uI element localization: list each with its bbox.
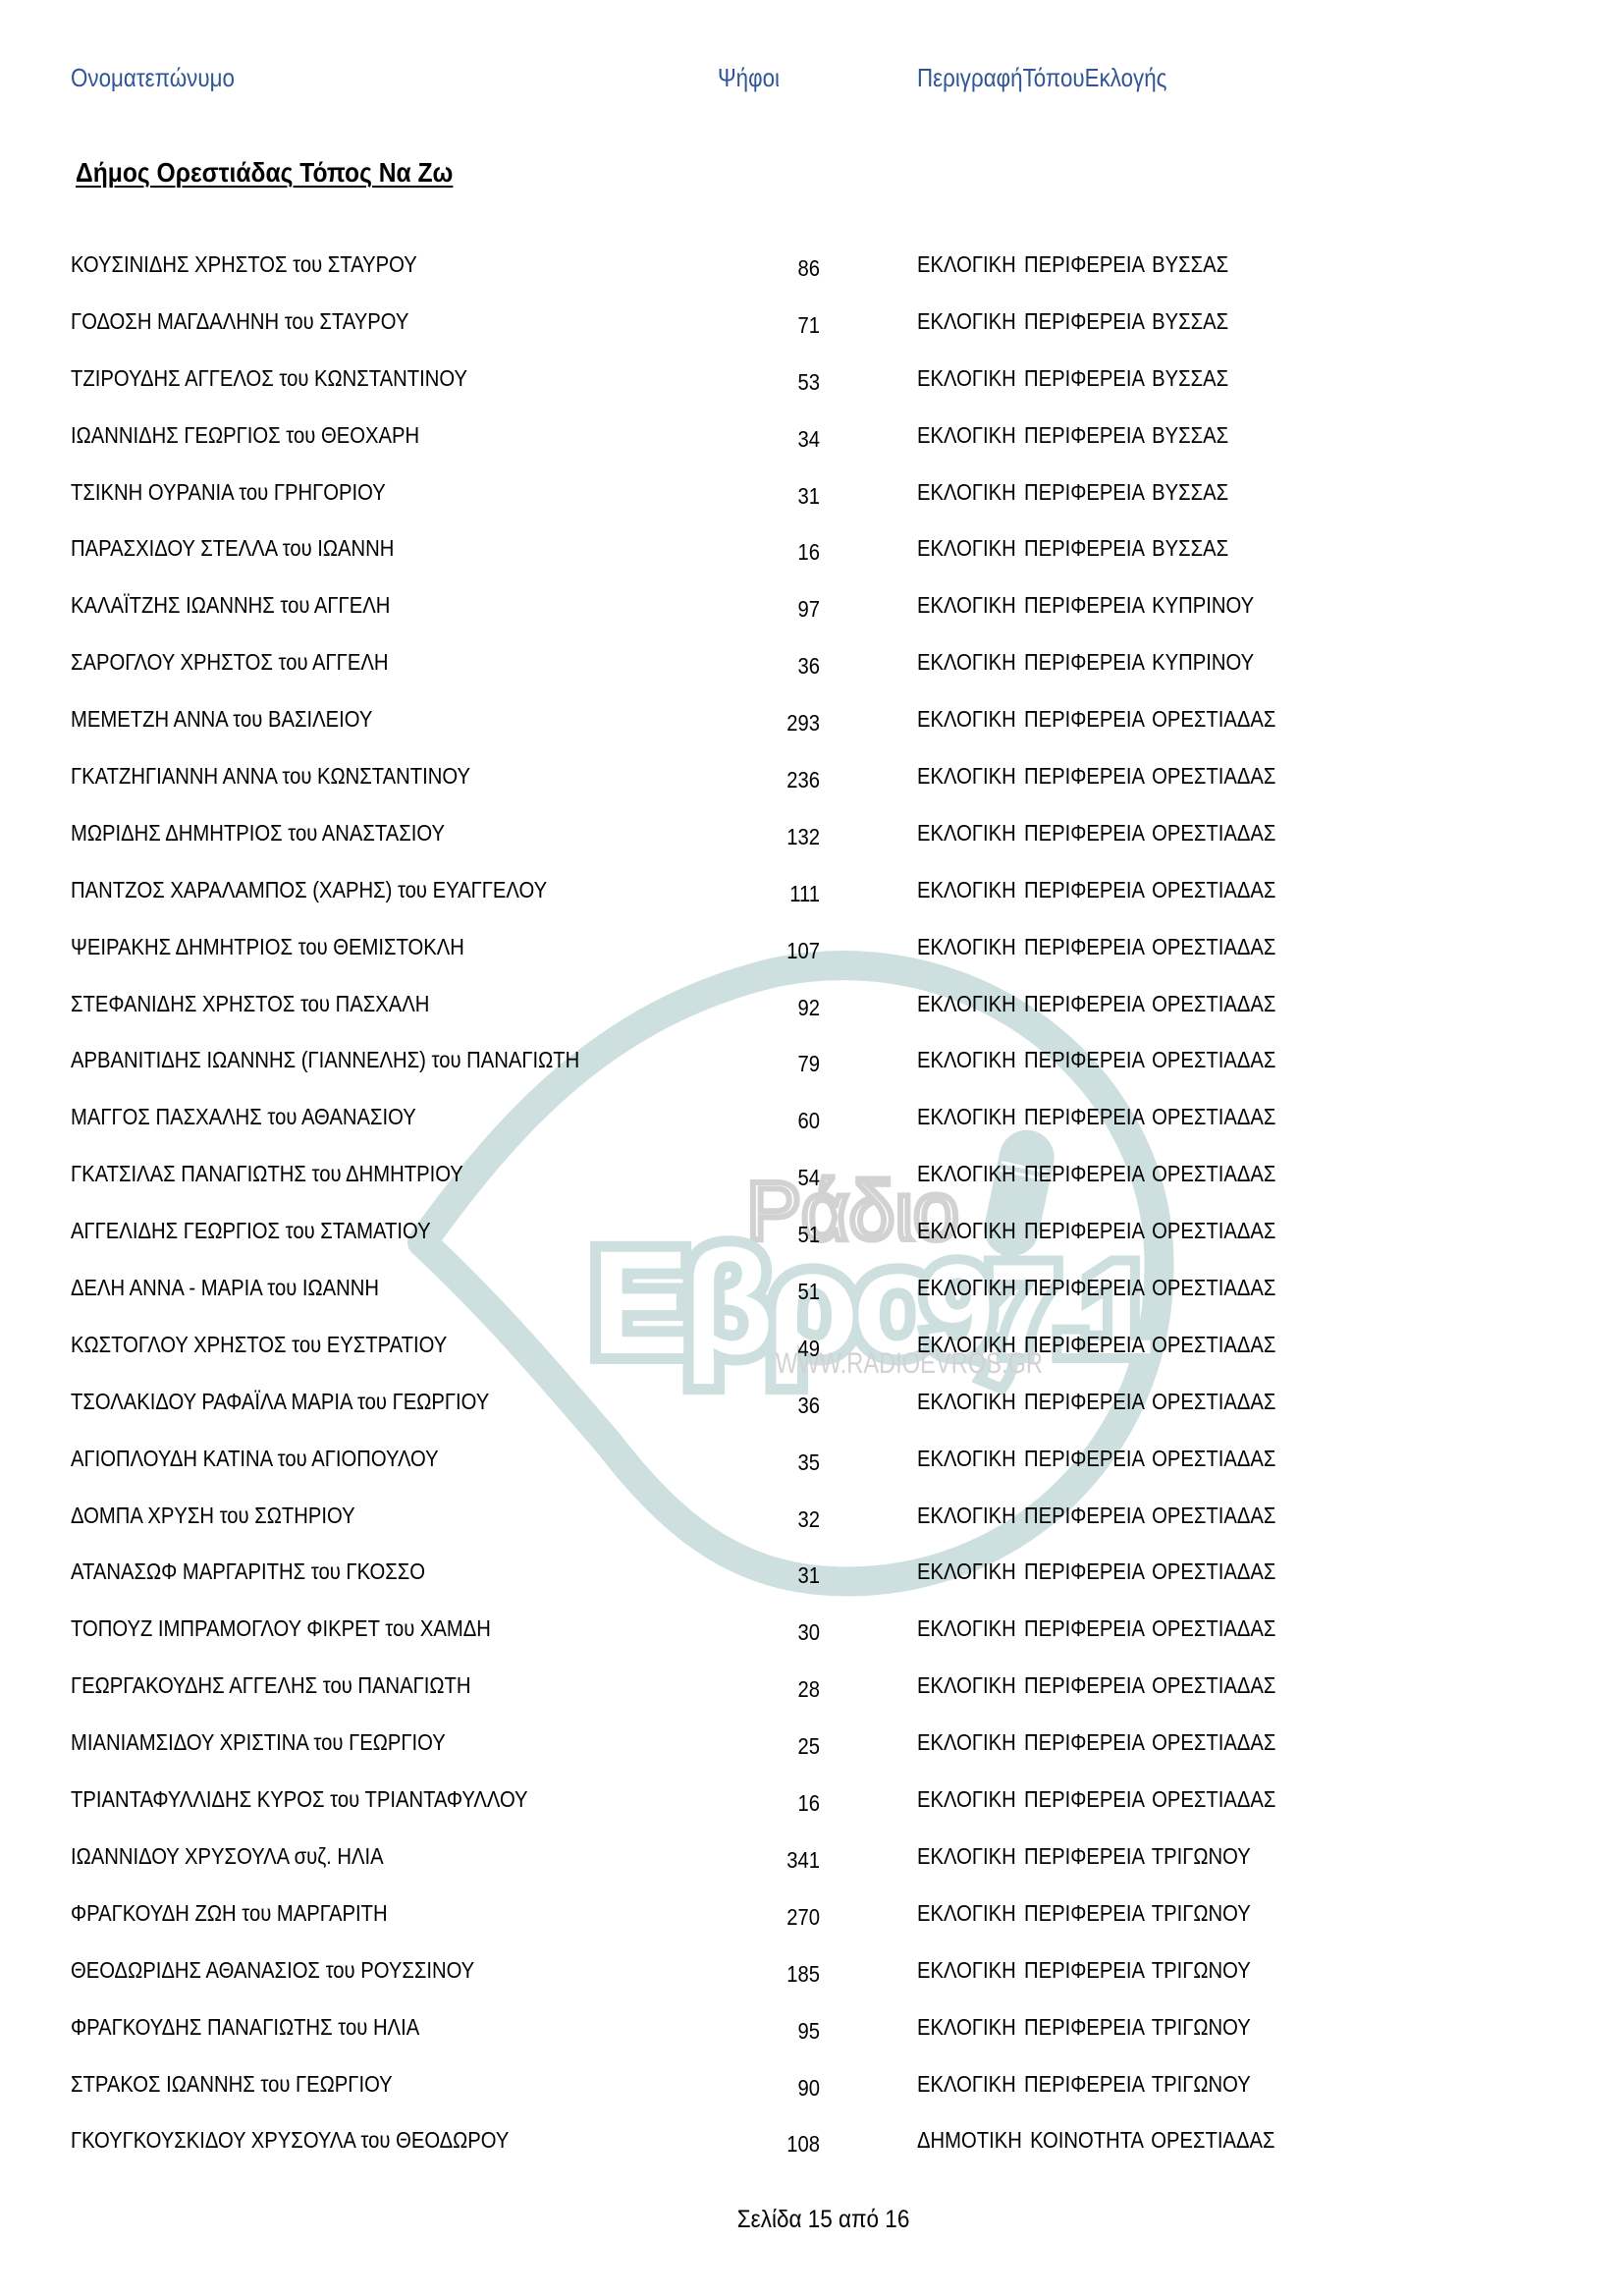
electoral-district: ΕΚΛΟΓΙΚΗ ΠΕΡΙΦΕΡΕΙΑ ΟΡΕΣΤΙΑΔΑΣ bbox=[917, 1501, 1275, 1530]
electoral-district: ΔΗΜΟΤΙΚΗ ΚΟΙΝΟΤΗΤΑ ΟΡΕΣΤΙΑΔΑΣ bbox=[917, 2125, 1274, 2155]
electoral-district: ΕΚΛΟΓΙΚΗ ΠΕΡΙΦΕΡΕΙΑ ΤΡΙΓΩΝΟΥ bbox=[917, 1841, 1251, 1871]
vote-count: 97 bbox=[703, 594, 820, 624]
candidate-name: ΤΡΙΑΝΤΑΦΥΛΛΙΔΗΣ ΚΥΡΟΣ του ΤΡΙΑΝΤΑΦΥΛΛΟΥ bbox=[71, 1784, 528, 1814]
table-row: ΑΤΑΝΑΣΩΦ ΜΑΡΓΑΡΙΤΗΣ του ΓΚΟΣΣΟ31ΕΚΛΟΓΙΚΗ… bbox=[0, 1557, 1624, 1613]
vote-count: 95 bbox=[703, 2016, 820, 2046]
candidate-name: ΤΣΙΚΝΗ ΟΥΡΑΝΙΑ του ΓΡΗΓΟΡΙΟΥ bbox=[71, 477, 386, 507]
electoral-district: ΕΚΛΟΓΙΚΗ ΠΕΡΙΦΕΡΕΙΑ ΟΡΕΣΤΙΑΔΑΣ bbox=[917, 1727, 1275, 1757]
results-table: ΚΟΥΣΙΝΙΔΗΣ ΧΡΗΣΤΟΣ του ΣΤΑΥΡΟΥ86ΕΚΛΟΓΙΚΗ… bbox=[0, 249, 1624, 2182]
electoral-district: ΕΚΛΟΓΙΚΗ ΠΕΡΙΦΕΡΕΙΑ ΤΡΙΓΩΝΟΥ bbox=[917, 2012, 1251, 2042]
table-row: ΓΕΩΡΓΑΚΟΥΔΗΣ ΑΓΓΕΛΗΣ του ΠΑΝΑΓΙΩΤΗ28ΕΚΛΟ… bbox=[0, 1670, 1624, 1727]
vote-count: 92 bbox=[703, 993, 820, 1022]
candidate-name: ΙΩΑΝΝΙΔΟΥ ΧΡΥΣΟΥΛΑ συζ. ΗΛΙΑ bbox=[71, 1841, 384, 1871]
candidate-name: ΚΑΛΑΪΤΖΗΣ ΙΩΑΝΝΗΣ του ΑΓΓΕΛΗ bbox=[71, 590, 390, 620]
table-row: ΚΩΣΤΟΓΛΟΥ ΧΡΗΣΤΟΣ του ΕΥΣΤΡΑΤΙΟΥ49ΕΚΛΟΓΙ… bbox=[0, 1330, 1624, 1387]
vote-count: 34 bbox=[703, 424, 820, 454]
table-row: ΑΓΙΟΠΛΟΥΔΗ ΚΑΤΙΝΑ του ΑΓΙΟΠΟΥΛΟΥ35ΕΚΛΟΓΙ… bbox=[0, 1444, 1624, 1501]
vote-count: 32 bbox=[703, 1504, 820, 1534]
electoral-district: ΕΚΛΟΓΙΚΗ ΠΕΡΙΦΕΡΕΙΑ ΟΡΕΣΤΙΑΔΑΣ bbox=[917, 1159, 1275, 1188]
table-row: ΜΑΓΓΟΣ ΠΑΣΧΑΛΗΣ του ΑΘΑΝΑΣΙΟΥ60ΕΚΛΟΓΙΚΗ … bbox=[0, 1102, 1624, 1159]
vote-count: 86 bbox=[703, 253, 820, 283]
vote-count: 341 bbox=[703, 1845, 820, 1875]
candidate-name: ΤΖΙΡΟΥΔΗΣ ΑΓΓΕΛΟΣ του ΚΩΝΣΤΑΝΤΙΝΟΥ bbox=[71, 363, 467, 393]
electoral-district: ΕΚΛΟΓΙΚΗ ΠΕΡΙΦΕΡΕΙΑ ΤΡΙΓΩΝΟΥ bbox=[917, 2069, 1251, 2099]
vote-count: 51 bbox=[703, 1220, 820, 1249]
table-row: ΤΡΙΑΝΤΑΦΥΛΛΙΔΗΣ ΚΥΡΟΣ του ΤΡΙΑΝΤΑΦΥΛΛΟΥ1… bbox=[0, 1784, 1624, 1841]
electoral-district: ΕΚΛΟΓΙΚΗ ΠΕΡΙΦΕΡΕΙΑ ΤΡΙΓΩΝΟΥ bbox=[917, 1898, 1251, 1928]
electoral-district: ΕΚΛΟΓΙΚΗ ΠΕΡΙΦΕΡΕΙΑ ΟΡΕΣΤΙΑΔΑΣ bbox=[917, 1444, 1275, 1473]
electoral-district: ΕΚΛΟΓΙΚΗ ΠΕΡΙΦΕΡΕΙΑ ΟΡΕΣΤΙΑΔΑΣ bbox=[917, 1613, 1275, 1643]
candidate-name: ΠΑΝΤΖΟΣ ΧΑΡΑΛΑΜΠΟΣ (ΧΑΡΗΣ) του ΕΥΑΓΓΕΛΟΥ bbox=[71, 875, 547, 904]
candidate-name: ΑΡΒΑΝΙΤΙΔΗΣ ΙΩΑΝΝΗΣ (ΓΙΑΝΝΕΛΗΣ) του ΠΑΝΑ… bbox=[71, 1045, 579, 1074]
section-title: Δήμος Ορεστιάδας Τόπος Να Ζω bbox=[76, 157, 453, 189]
vote-count: 60 bbox=[703, 1106, 820, 1135]
candidate-name: ΑΓΓΕΛΙΔΗΣ ΓΕΩΡΓΙΟΣ του ΣΤΑΜΑΤΙΟΥ bbox=[71, 1216, 431, 1245]
page-footer: Σελίδα 15 από 16 bbox=[0, 2206, 1624, 2234]
table-row: ΜΕΜΕΤΖΗ ΑΝΝΑ του ΒΑΣΙΛΕΙΟΥ293ΕΚΛΟΓΙΚΗ ΠΕ… bbox=[0, 704, 1624, 761]
table-row: ΤΣΙΚΝΗ ΟΥΡΑΝΙΑ του ΓΡΗΓΟΡΙΟΥ31ΕΚΛΟΓΙΚΗ Π… bbox=[0, 477, 1624, 534]
candidate-name: ΤΣΟΛΑΚΙΔΟΥ ΡΑΦΑΪΛΑ ΜΑΡΙΑ του ΓΕΩΡΓΙΟΥ bbox=[71, 1387, 489, 1416]
vote-count: 79 bbox=[703, 1049, 820, 1078]
candidate-name: ΚΩΣΤΟΓΛΟΥ ΧΡΗΣΤΟΣ του ΕΥΣΤΡΑΤΙΟΥ bbox=[71, 1330, 447, 1359]
table-row: ΓΚΑΤΖΗΓΙΑΝΝΗ ΑΝΝΑ του ΚΩΝΣΤΑΝΤΙΝΟΥ236ΕΚΛ… bbox=[0, 761, 1624, 818]
vote-count: 270 bbox=[703, 1902, 820, 1932]
electoral-district: ΕΚΛΟΓΙΚΗ ΠΕΡΙΦΕΡΕΙΑ ΒΥΣΣΑΣ bbox=[917, 477, 1228, 507]
table-row: ΠΑΝΤΖΟΣ ΧΑΡΑΛΑΜΠΟΣ (ΧΑΡΗΣ) του ΕΥΑΓΓΕΛΟΥ… bbox=[0, 875, 1624, 932]
electoral-district: ΕΚΛΟΓΙΚΗ ΠΕΡΙΦΕΡΕΙΑ ΟΡΕΣΤΙΑΔΑΣ bbox=[917, 875, 1275, 904]
candidate-name: ΔΟΜΠΑ ΧΡΥΣΗ του ΣΩΤΗΡΙΟΥ bbox=[71, 1501, 355, 1530]
candidate-name: ΓΟΔΟΣΗ ΜΑΓΔΑΛΗΝΗ του ΣΤΑΥΡΟΥ bbox=[71, 306, 408, 336]
candidate-name: ΣΑΡΟΓΛΟΥ ΧΡΗΣΤΟΣ του ΑΓΓΕΛΗ bbox=[71, 647, 388, 677]
electoral-district: ΕΚΛΟΓΙΚΗ ΠΕΡΙΦΕΡΕΙΑ ΟΡΕΣΤΙΑΔΑΣ bbox=[917, 1102, 1275, 1131]
electoral-district: ΕΚΛΟΓΙΚΗ ΠΕΡΙΦΕΡΕΙΑ ΟΡΕΣΤΙΑΔΑΣ bbox=[917, 1387, 1275, 1416]
candidate-name: ΑΓΙΟΠΛΟΥΔΗ ΚΑΤΙΝΑ του ΑΓΙΟΠΟΥΛΟΥ bbox=[71, 1444, 439, 1473]
candidate-name: ΜΙΑΝΙΑΜΣΙΔΟΥ ΧΡΙΣΤΙΝΑ του ΓΕΩΡΓΙΟΥ bbox=[71, 1727, 446, 1757]
vote-count: 132 bbox=[703, 822, 820, 851]
vote-count: 111 bbox=[703, 879, 820, 908]
candidate-name: ΜΩΡΙΔΗΣ ΔΗΜΗΤΡΙΟΣ του ΑΝΑΣΤΑΣΙΟΥ bbox=[71, 818, 445, 847]
electoral-district: ΕΚΛΟΓΙΚΗ ΠΕΡΙΦΕΡΕΙΑ ΟΡΕΣΤΙΑΔΑΣ bbox=[917, 1557, 1275, 1586]
candidate-name: ΣΤΡΑΚΟΣ ΙΩΑΝΝΗΣ του ΓΕΩΡΓΙΟΥ bbox=[71, 2069, 393, 2099]
electoral-district: ΕΚΛΟΓΙΚΗ ΠΕΡΙΦΕΡΕΙΑ ΟΡΕΣΤΙΑΔΑΣ bbox=[917, 1216, 1275, 1245]
electoral-district: ΕΚΛΟΓΙΚΗ ΠΕΡΙΦΕΡΕΙΑ ΟΡΕΣΤΙΑΔΑΣ bbox=[917, 818, 1275, 847]
vote-count: 16 bbox=[703, 537, 820, 567]
vote-count: 31 bbox=[703, 1560, 820, 1590]
electoral-district: ΕΚΛΟΓΙΚΗ ΠΕΡΙΦΕΡΕΙΑ ΚΥΠΡΙΝΟΥ bbox=[917, 590, 1254, 620]
candidate-name: ΜΕΜΕΤΖΗ ΑΝΝΑ του ΒΑΣΙΛΕΙΟΥ bbox=[71, 704, 372, 734]
table-row: ΣΤΕΦΑΝΙΔΗΣ ΧΡΗΣΤΟΣ του ΠΑΣΧΑΛΗ92ΕΚΛΟΓΙΚΗ… bbox=[0, 989, 1624, 1046]
table-row: ΣΤΡΑΚΟΣ ΙΩΑΝΝΗΣ του ΓΕΩΡΓΙΟΥ90ΕΚΛΟΓΙΚΗ Π… bbox=[0, 2069, 1624, 2126]
candidate-name: ΘΕΟΔΩΡΙΔΗΣ ΑΘΑΝΑΣΙΟΣ του ΡΟΥΣΣΙΝΟΥ bbox=[71, 1955, 474, 1985]
table-row: ΣΑΡΟΓΛΟΥ ΧΡΗΣΤΟΣ του ΑΓΓΕΛΗ36ΕΚΛΟΓΙΚΗ ΠΕ… bbox=[0, 647, 1624, 704]
table-row: ΠΑΡΑΣΧΙΔΟΥ ΣΤΕΛΛΑ του ΙΩΑΝΝΗ16ΕΚΛΟΓΙΚΗ Π… bbox=[0, 533, 1624, 590]
electoral-district: ΕΚΛΟΓΙΚΗ ΠΕΡΙΦΕΡΕΙΑ ΒΥΣΣΑΣ bbox=[917, 249, 1228, 279]
table-row: ΚΑΛΑΪΤΖΗΣ ΙΩΑΝΝΗΣ του ΑΓΓΕΛΗ97ΕΚΛΟΓΙΚΗ Π… bbox=[0, 590, 1624, 647]
table-row: ΙΩΑΝΝΙΔΗΣ ΓΕΩΡΓΙΟΣ του ΘΕΟΧΑΡΗ34ΕΚΛΟΓΙΚΗ… bbox=[0, 420, 1624, 477]
document-page: Ράδιο Εβρος 97.1 WWW.RADIOEVROS.GR Ονομα… bbox=[0, 0, 1624, 2296]
electoral-district: ΕΚΛΟΓΙΚΗ ΠΕΡΙΦΕΡΕΙΑ ΟΡΕΣΤΙΑΔΑΣ bbox=[917, 704, 1275, 734]
table-row: ΓΟΔΟΣΗ ΜΑΓΔΑΛΗΝΗ του ΣΤΑΥΡΟΥ71ΕΚΛΟΓΙΚΗ Π… bbox=[0, 306, 1624, 363]
vote-count: 28 bbox=[703, 1674, 820, 1704]
candidate-name: ΦΡΑΓΚΟΥΔΗ ΖΩΗ του ΜΑΡΓΑΡΙΤΗ bbox=[71, 1898, 388, 1928]
table-row: ΘΕΟΔΩΡΙΔΗΣ ΑΘΑΝΑΣΙΟΣ του ΡΟΥΣΣΙΝΟΥ185ΕΚΛ… bbox=[0, 1955, 1624, 2012]
electoral-district: ΕΚΛΟΓΙΚΗ ΠΕΡΙΦΕΡΕΙΑ ΟΡΕΣΤΙΑΔΑΣ bbox=[917, 761, 1275, 791]
candidate-name: ΙΩΑΝΝΙΔΗΣ ΓΕΩΡΓΙΟΣ του ΘΕΟΧΑΡΗ bbox=[71, 420, 419, 450]
vote-count: 185 bbox=[703, 1959, 820, 1989]
candidate-name: ΦΡΑΓΚΟΥΔΗΣ ΠΑΝΑΓΙΩΤΗΣ του ΗΛΙΑ bbox=[71, 2012, 419, 2042]
electoral-district: ΕΚΛΟΓΙΚΗ ΠΕΡΙΦΕΡΕΙΑ ΟΡΕΣΤΙΑΔΑΣ bbox=[917, 1670, 1275, 1700]
page-number: Σελίδα 15 από 16 bbox=[737, 2206, 910, 2234]
column-header-name: Ονοματεπώνυμο bbox=[71, 63, 235, 93]
table-row: ΙΩΑΝΝΙΔΟΥ ΧΡΥΣΟΥΛΑ συζ. ΗΛΙΑ341ΕΚΛΟΓΙΚΗ … bbox=[0, 1841, 1624, 1898]
electoral-district: ΕΚΛΟΓΙΚΗ ΠΕΡΙΦΕΡΕΙΑ ΟΡΕΣΤΙΑΔΑΣ bbox=[917, 1273, 1275, 1302]
vote-count: 49 bbox=[703, 1334, 820, 1363]
electoral-district: ΕΚΛΟΓΙΚΗ ΠΕΡΙΦΕΡΕΙΑ ΟΡΕΣΤΙΑΔΑΣ bbox=[917, 1045, 1275, 1074]
electoral-district: ΕΚΛΟΓΙΚΗ ΠΕΡΙΦΕΡΕΙΑ ΒΥΣΣΑΣ bbox=[917, 363, 1228, 393]
table-row: ΦΡΑΓΚΟΥΔΗΣ ΠΑΝΑΓΙΩΤΗΣ του ΗΛΙΑ95ΕΚΛΟΓΙΚΗ… bbox=[0, 2012, 1624, 2069]
candidate-name: ΓΚΑΤΣΙΛΑΣ ΠΑΝΑΓΙΩΤΗΣ του ΔΗΜΗΤΡΙΟΥ bbox=[71, 1159, 463, 1188]
vote-count: 293 bbox=[703, 708, 820, 738]
vote-count: 30 bbox=[703, 1617, 820, 1647]
electoral-district: ΕΚΛΟΓΙΚΗ ΠΕΡΙΦΕΡΕΙΑ ΟΡΕΣΤΙΑΔΑΣ bbox=[917, 1330, 1275, 1359]
vote-count: 36 bbox=[703, 651, 820, 681]
table-row: ΨΕΙΡΑΚΗΣ ΔΗΜΗΤΡΙΟΣ του ΘΕΜΙΣΤΟΚΛΗ107ΕΚΛΟ… bbox=[0, 932, 1624, 989]
table-row: ΑΓΓΕΛΙΔΗΣ ΓΕΩΡΓΙΟΣ του ΣΤΑΜΑΤΙΟΥ51ΕΚΛΟΓΙ… bbox=[0, 1216, 1624, 1273]
table-row: ΜΙΑΝΙΑΜΣΙΔΟΥ ΧΡΙΣΤΙΝΑ του ΓΕΩΡΓΙΟΥ25ΕΚΛΟ… bbox=[0, 1727, 1624, 1784]
column-header-place: ΠεριγραφήΤόπουΕκλογής bbox=[917, 63, 1166, 93]
candidate-name: ΤΟΠΟΥΖ ΙΜΠΡΑΜΟΓΛΟΥ ΦΙΚΡΕΤ του ΧΑΜΔΗ bbox=[71, 1613, 491, 1643]
electoral-district: ΕΚΛΟΓΙΚΗ ΠΕΡΙΦΕΡΕΙΑ ΟΡΕΣΤΙΑΔΑΣ bbox=[917, 989, 1275, 1018]
candidate-name: ΨΕΙΡΑΚΗΣ ΔΗΜΗΤΡΙΟΣ του ΘΕΜΙΣΤΟΚΛΗ bbox=[71, 932, 464, 961]
candidate-name: ΚΟΥΣΙΝΙΔΗΣ ΧΡΗΣΤΟΣ του ΣΤΑΥΡΟΥ bbox=[71, 249, 417, 279]
candidate-name: ΣΤΕΦΑΝΙΔΗΣ ΧΡΗΣΤΟΣ του ΠΑΣΧΑΛΗ bbox=[71, 989, 429, 1018]
table-row: ΔΟΜΠΑ ΧΡΥΣΗ του ΣΩΤΗΡΙΟΥ32ΕΚΛΟΓΙΚΗ ΠΕΡΙΦ… bbox=[0, 1501, 1624, 1558]
candidate-name: ΓΚΑΤΖΗΓΙΑΝΝΗ ΑΝΝΑ του ΚΩΝΣΤΑΝΤΙΝΟΥ bbox=[71, 761, 470, 791]
candidate-name: ΠΑΡΑΣΧΙΔΟΥ ΣΤΕΛΛΑ του ΙΩΑΝΝΗ bbox=[71, 533, 394, 563]
vote-count: 90 bbox=[703, 2073, 820, 2103]
candidate-name: ΓΕΩΡΓΑΚΟΥΔΗΣ ΑΓΓΕΛΗΣ του ΠΑΝΑΓΙΩΤΗ bbox=[71, 1670, 471, 1700]
vote-count: 31 bbox=[703, 481, 820, 511]
table-row: ΚΟΥΣΙΝΙΔΗΣ ΧΡΗΣΤΟΣ του ΣΤΑΥΡΟΥ86ΕΚΛΟΓΙΚΗ… bbox=[0, 249, 1624, 306]
vote-count: 108 bbox=[703, 2129, 820, 2159]
vote-count: 35 bbox=[703, 1448, 820, 1477]
electoral-district: ΕΚΛΟΓΙΚΗ ΠΕΡΙΦΕΡΕΙΑ ΚΥΠΡΙΝΟΥ bbox=[917, 647, 1254, 677]
electoral-district: ΕΚΛΟΓΙΚΗ ΠΕΡΙΦΕΡΕΙΑ ΟΡΕΣΤΙΑΔΑΣ bbox=[917, 1784, 1275, 1814]
table-row: ΤΣΟΛΑΚΙΔΟΥ ΡΑΦΑΪΛΑ ΜΑΡΙΑ του ΓΕΩΡΓΙΟΥ36Ε… bbox=[0, 1387, 1624, 1444]
candidate-name: ΔΕΛΗ ΑΝΝΑ - ΜΑΡΙΑ του ΙΩΑΝΝΗ bbox=[71, 1273, 379, 1302]
table-row: ΤΟΠΟΥΖ ΙΜΠΡΑΜΟΓΛΟΥ ΦΙΚΡΕΤ του ΧΑΜΔΗ30ΕΚΛ… bbox=[0, 1613, 1624, 1670]
electoral-district: ΕΚΛΟΓΙΚΗ ΠΕΡΙΦΕΡΕΙΑ ΒΥΣΣΑΣ bbox=[917, 420, 1228, 450]
table-row: ΜΩΡΙΔΗΣ ΔΗΜΗΤΡΙΟΣ του ΑΝΑΣΤΑΣΙΟΥ132ΕΚΛΟΓ… bbox=[0, 818, 1624, 875]
electoral-district: ΕΚΛΟΓΙΚΗ ΠΕΡΙΦΕΡΕΙΑ ΟΡΕΣΤΙΑΔΑΣ bbox=[917, 932, 1275, 961]
candidate-name: ΓΚΟΥΓΚΟΥΣΚΙΔΟΥ ΧΡΥΣΟΥΛΑ του ΘΕΟΔΩΡΟΥ bbox=[71, 2125, 509, 2155]
vote-count: 16 bbox=[703, 1788, 820, 1818]
vote-count: 54 bbox=[703, 1163, 820, 1192]
electoral-district: ΕΚΛΟΓΙΚΗ ΠΕΡΙΦΕΡΕΙΑ ΒΥΣΣΑΣ bbox=[917, 533, 1228, 563]
table-row: ΑΡΒΑΝΙΤΙΔΗΣ ΙΩΑΝΝΗΣ (ΓΙΑΝΝΕΛΗΣ) του ΠΑΝΑ… bbox=[0, 1045, 1624, 1102]
vote-count: 107 bbox=[703, 936, 820, 965]
table-row: ΦΡΑΓΚΟΥΔΗ ΖΩΗ του ΜΑΡΓΑΡΙΤΗ270ΕΚΛΟΓΙΚΗ Π… bbox=[0, 1898, 1624, 1955]
vote-count: 36 bbox=[703, 1391, 820, 1420]
candidate-name: ΑΤΑΝΑΣΩΦ ΜΑΡΓΑΡΙΤΗΣ του ΓΚΟΣΣΟ bbox=[71, 1557, 425, 1586]
table-row: ΓΚΟΥΓΚΟΥΣΚΙΔΟΥ ΧΡΥΣΟΥΛΑ του ΘΕΟΔΩΡΟΥ108Δ… bbox=[0, 2125, 1624, 2182]
table-row: ΔΕΛΗ ΑΝΝΑ - ΜΑΡΙΑ του ΙΩΑΝΝΗ51ΕΚΛΟΓΙΚΗ Π… bbox=[0, 1273, 1624, 1330]
table-row: ΤΖΙΡΟΥΔΗΣ ΑΓΓΕΛΟΣ του ΚΩΝΣΤΑΝΤΙΝΟΥ53ΕΚΛΟ… bbox=[0, 363, 1624, 420]
column-header-votes: Ψήφοι bbox=[718, 63, 780, 93]
table-row: ΓΚΑΤΣΙΛΑΣ ΠΑΝΑΓΙΩΤΗΣ του ΔΗΜΗΤΡΙΟΥ54ΕΚΛΟ… bbox=[0, 1159, 1624, 1216]
vote-count: 71 bbox=[703, 310, 820, 340]
candidate-name: ΜΑΓΓΟΣ ΠΑΣΧΑΛΗΣ του ΑΘΑΝΑΣΙΟΥ bbox=[71, 1102, 416, 1131]
vote-count: 53 bbox=[703, 367, 820, 397]
electoral-district: ΕΚΛΟΓΙΚΗ ΠΕΡΙΦΕΡΕΙΑ ΤΡΙΓΩΝΟΥ bbox=[917, 1955, 1251, 1985]
vote-count: 51 bbox=[703, 1277, 820, 1306]
vote-count: 25 bbox=[703, 1731, 820, 1761]
electoral-district: ΕΚΛΟΓΙΚΗ ΠΕΡΙΦΕΡΕΙΑ ΒΥΣΣΑΣ bbox=[917, 306, 1228, 336]
vote-count: 236 bbox=[703, 765, 820, 794]
